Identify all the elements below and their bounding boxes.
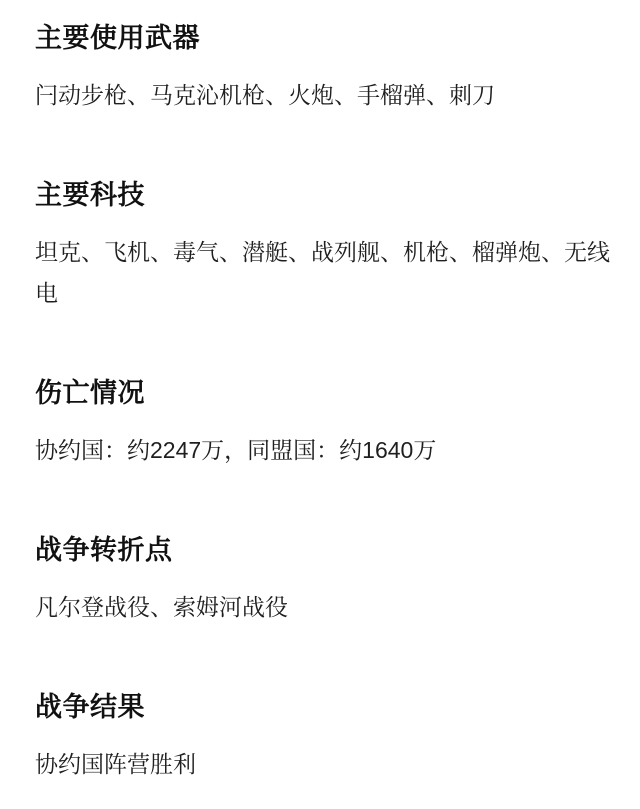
section-body: 协约国：约2247万，同盟国：约1640万 <box>35 430 626 471</box>
section-body: 协约国阵营胜利 <box>35 744 626 785</box>
section-body: 凡尔登战役、索姆河战役 <box>35 587 626 628</box>
section-technology: 主要科技 坦克、飞机、毒气、潜艇、战列舰、机枪、榴弹炮、无线电 <box>35 176 626 314</box>
section-heading: 主要使用武器 <box>35 19 626 57</box>
section-body: 闩动步枪、马克沁机枪、火炮、手榴弹、刺刀 <box>35 75 626 116</box>
section-body: 坦克、飞机、毒气、潜艇、战列舰、机枪、榴弹炮、无线电 <box>35 232 626 314</box>
section-casualties: 伤亡情况 协约国：约2247万，同盟国：约1640万 <box>35 374 626 471</box>
section-heading: 主要科技 <box>35 176 626 214</box>
section-heading: 战争转折点 <box>35 531 626 569</box>
section-turning-point: 战争转折点 凡尔登战役、索姆河战役 <box>35 531 626 628</box>
section-heading: 战争结果 <box>35 688 626 726</box>
section-result: 战争结果 协约国阵营胜利 <box>35 688 626 785</box>
section-weapons: 主要使用武器 闩动步枪、马克沁机枪、火炮、手榴弹、刺刀 <box>35 19 626 116</box>
article-page: 主要使用武器 闩动步枪、马克沁机枪、火炮、手榴弹、刺刀 主要科技 坦克、飞机、毒… <box>0 0 640 809</box>
section-heading: 伤亡情况 <box>35 374 626 412</box>
